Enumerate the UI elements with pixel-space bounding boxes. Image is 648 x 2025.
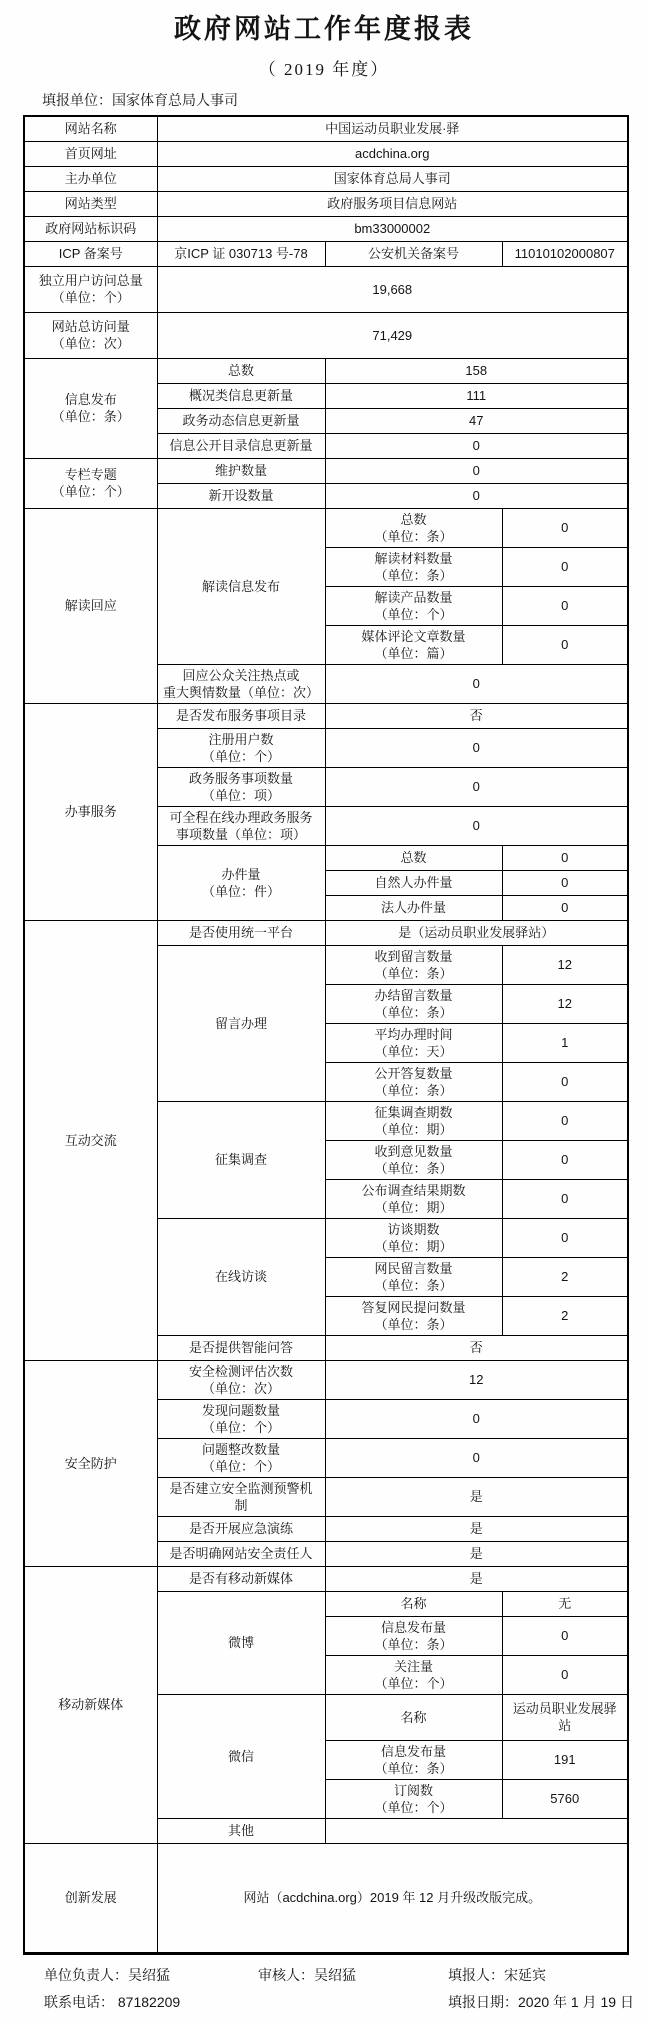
netizen-replies-label: 答复网民提问数量 （单位：条） (325, 1296, 502, 1335)
case-volume-label: 办件量 （单位：件） (157, 845, 325, 920)
report-footer: 单位负责人：吴绍猛 审核人：吴绍猛 填报人：宋延宾 联系电话： 87182209… (0, 1965, 648, 2025)
wechat-name-label: 名称 (325, 1694, 502, 1740)
site-code-label: 政府网站标识码 (24, 216, 157, 241)
smart-qa-label: 是否提供智能问答 (157, 1335, 325, 1360)
survey-results-value: 0 (502, 1179, 628, 1218)
security-checks-value: 12 (325, 1360, 628, 1399)
info-total-label: 总数 (157, 358, 325, 383)
maintained-count-value: 0 (325, 458, 628, 483)
legal-person-cases-label: 法人办件量 (325, 895, 502, 920)
netizen-messages-value: 2 (502, 1257, 628, 1296)
unique-visitors-label: 独立用户访问总量 （单位：个） (24, 266, 157, 312)
site-type-value: 政府服务项目信息网站 (157, 191, 628, 216)
unified-platform-value: 是（运动员职业发展驿站） (325, 920, 628, 945)
annual-report-table: 网站名称 中国运动员职业发展·驿 首页网址 acdchina.org 主办单位 … (23, 115, 629, 1955)
open-directory-update-label: 信息公开目录信息更新量 (157, 433, 325, 458)
info-release-section-label: 信息发布 （单位：条） (24, 358, 157, 458)
sponsor-label: 主办单位 (24, 166, 157, 191)
weibo-name-label: 名称 (325, 1591, 502, 1616)
innovation-section-label: 创新发展 (24, 1843, 157, 1953)
hotspot-response-label: 回应公众关注热点或 重大舆情数量（单位：次） (157, 664, 325, 703)
unit-responsible-person: 单位负责人：吴绍猛 (44, 1965, 170, 1985)
avg-handling-time-label: 平均办理时间 （单位：天） (325, 1023, 502, 1062)
message-handling-label: 留言办理 (157, 945, 325, 1101)
open-directory-update-value: 0 (325, 433, 628, 458)
smart-qa-value: 否 (325, 1335, 628, 1360)
total-visits-label: 网站总访问量 （单位：次） (24, 312, 157, 358)
annual-report-page: 政府网站工作年度报表 （ 2019 年度） 填报单位：国家体育总局人事司 网站名… (0, 0, 648, 2025)
weibo-followers-label: 关注量 （单位：个） (325, 1655, 502, 1694)
other-media-label: 其他 (157, 1818, 325, 1843)
overview-update-value: 111 (325, 383, 628, 408)
interaction-section-label: 互动交流 (24, 920, 157, 1360)
interview-periods-label: 访谈期数 （单位：期） (325, 1218, 502, 1257)
avg-handling-time-value: 1 (502, 1023, 628, 1062)
wechat-subscribers-label: 订阅数 （单位：个） (325, 1779, 502, 1818)
online-service-items-value: 0 (325, 806, 628, 845)
new-count-value: 0 (325, 483, 628, 508)
home-url-label: 首页网址 (24, 141, 157, 166)
service-items-label: 政务服务事项数量 （单位：项） (157, 767, 325, 806)
messages-closed-label: 办结留言数量 （单位：条） (325, 984, 502, 1023)
home-url-value: acdchina.org (157, 141, 628, 166)
new-count-label: 新开设数量 (157, 483, 325, 508)
wechat-label: 微信 (157, 1694, 325, 1818)
natural-person-cases-label: 自然人办件量 (325, 870, 502, 895)
security-checks-label: 安全检测评估次数 （单位：次） (157, 1360, 325, 1399)
icp-label: ICP 备案号 (24, 241, 157, 266)
case-total-label: 总数 (325, 845, 502, 870)
service-items-value: 0 (325, 767, 628, 806)
media-comment-label: 媒体评论文章数量 （单位：篇） (325, 625, 502, 664)
police-record-label: 公安机关备案号 (325, 241, 502, 266)
netizen-messages-label: 网民留言数量 （单位：条） (325, 1257, 502, 1296)
security-officer-value: 是 (325, 1541, 628, 1566)
survey-results-label: 公布调查结果期数 （单位：期） (325, 1179, 502, 1218)
opinions-received-label: 收到意见数量 （单位：条） (325, 1140, 502, 1179)
problems-fixed-label: 问题整改数量 （单位：个） (157, 1438, 325, 1477)
survey-periods-label: 征集调查期数 （单位：期） (325, 1101, 502, 1140)
services-section-label: 办事服务 (24, 703, 157, 920)
opinions-received-value: 0 (502, 1140, 628, 1179)
emergency-drill-value: 是 (325, 1516, 628, 1541)
page-title: 政府网站工作年度报表 (0, 12, 648, 46)
messages-received-value: 12 (502, 945, 628, 984)
site-name-label: 网站名称 (24, 116, 157, 141)
report-year: （ 2019 年度） (0, 55, 648, 80)
weibo-name-value: 无 (502, 1591, 628, 1616)
unified-platform-label: 是否使用统一平台 (157, 920, 325, 945)
legal-person-cases-value: 0 (502, 895, 628, 920)
online-interview-label: 在线访谈 (157, 1218, 325, 1335)
service-directory-value: 否 (325, 703, 628, 728)
site-name-value: 中国运动员职业发展·驿 (157, 116, 628, 141)
sponsor-value: 国家体育总局人事司 (157, 166, 628, 191)
messages-closed-value: 12 (502, 984, 628, 1023)
interview-periods-value: 0 (502, 1218, 628, 1257)
public-replies-label: 公开答复数量 （单位：条） (325, 1062, 502, 1101)
security-officer-label: 是否明确网站安全责任人 (157, 1541, 325, 1566)
unique-visitors-value: 19,668 (157, 266, 628, 312)
wechat-name-value: 运动员职业发展驿站 (502, 1694, 628, 1740)
security-section-label: 安全防护 (24, 1360, 157, 1566)
contact-phone: 联系电话： 87182209 (44, 1992, 180, 2012)
registered-users-value: 0 (325, 728, 628, 767)
icp-value: 京ICP 证 030713 号-78 (157, 241, 325, 266)
wechat-posts-value: 191 (502, 1740, 628, 1779)
messages-received-label: 收到留言数量 （单位：条） (325, 945, 502, 984)
warning-mechanism-label: 是否建立安全监测预警机 制 (157, 1477, 325, 1516)
wechat-posts-label: 信息发布量 （单位：条） (325, 1740, 502, 1779)
police-record-value: 11010102000807 (502, 241, 628, 266)
gov-news-update-label: 政务动态信息更新量 (157, 408, 325, 433)
problems-fixed-value: 0 (325, 1438, 628, 1477)
reporting-unit: 填报单位：国家体育总局人事司 (42, 90, 648, 110)
registered-users-label: 注册用户数 （单位：个） (157, 728, 325, 767)
report-filler: 填报人：宋延宾 (448, 1965, 546, 1985)
interp-material-label: 解读材料数量 （单位：条） (325, 547, 502, 586)
total-visits-value: 71,429 (157, 312, 628, 358)
mobile-section-label: 移动新媒体 (24, 1566, 157, 1843)
natural-person-cases-value: 0 (502, 870, 628, 895)
survey-label: 征集调查 (157, 1101, 325, 1218)
problems-found-label: 发现问题数量 （单位：个） (157, 1399, 325, 1438)
hotspot-response-value: 0 (325, 664, 628, 703)
weibo-posts-value: 0 (502, 1616, 628, 1655)
interp-product-label: 解读产品数量 （单位：个） (325, 586, 502, 625)
weibo-posts-label: 信息发布量 （单位：条） (325, 1616, 502, 1655)
weibo-followers-value: 0 (502, 1655, 628, 1694)
interp-material-value: 0 (502, 547, 628, 586)
interpretation-section-label: 解读回应 (24, 508, 157, 703)
site-type-label: 网站类型 (24, 191, 157, 216)
report-date: 填报日期：2020 年 1 月 19 日 (448, 1992, 634, 2012)
online-service-items-label: 可全程在线办理政务服务 事项数量（单位：项） (157, 806, 325, 845)
public-replies-value: 0 (502, 1062, 628, 1101)
interp-total-label: 总数 （单位：条） (325, 508, 502, 547)
reviewer: 审核人：吴绍猛 (258, 1965, 356, 1985)
innovation-value: 网站（acdchina.org）2019 年 12 月升级改版完成。 (157, 1843, 628, 1953)
service-directory-label: 是否发布服务事项目录 (157, 703, 325, 728)
interpretation-release-label: 解读信息发布 (157, 508, 325, 664)
has-mobile-value: 是 (325, 1566, 628, 1591)
maintained-count-label: 维护数量 (157, 458, 325, 483)
site-code-value: bm33000002 (157, 216, 628, 241)
interp-product-value: 0 (502, 586, 628, 625)
has-mobile-label: 是否有移动新媒体 (157, 1566, 325, 1591)
warning-mechanism-value: 是 (325, 1477, 628, 1516)
other-media-value (325, 1818, 628, 1843)
gov-news-update-value: 47 (325, 408, 628, 433)
columns-topics-section-label: 专栏专题 （单位：个） (24, 458, 157, 508)
problems-found-value: 0 (325, 1399, 628, 1438)
survey-periods-value: 0 (502, 1101, 628, 1140)
media-comment-value: 0 (502, 625, 628, 664)
netizen-replies-value: 2 (502, 1296, 628, 1335)
case-total-value: 0 (502, 845, 628, 870)
info-total-value: 158 (325, 358, 628, 383)
wechat-subscribers-value: 5760 (502, 1779, 628, 1818)
emergency-drill-label: 是否开展应急演练 (157, 1516, 325, 1541)
weibo-label: 微博 (157, 1591, 325, 1694)
overview-update-label: 概况类信息更新量 (157, 383, 325, 408)
interp-total-value: 0 (502, 508, 628, 547)
